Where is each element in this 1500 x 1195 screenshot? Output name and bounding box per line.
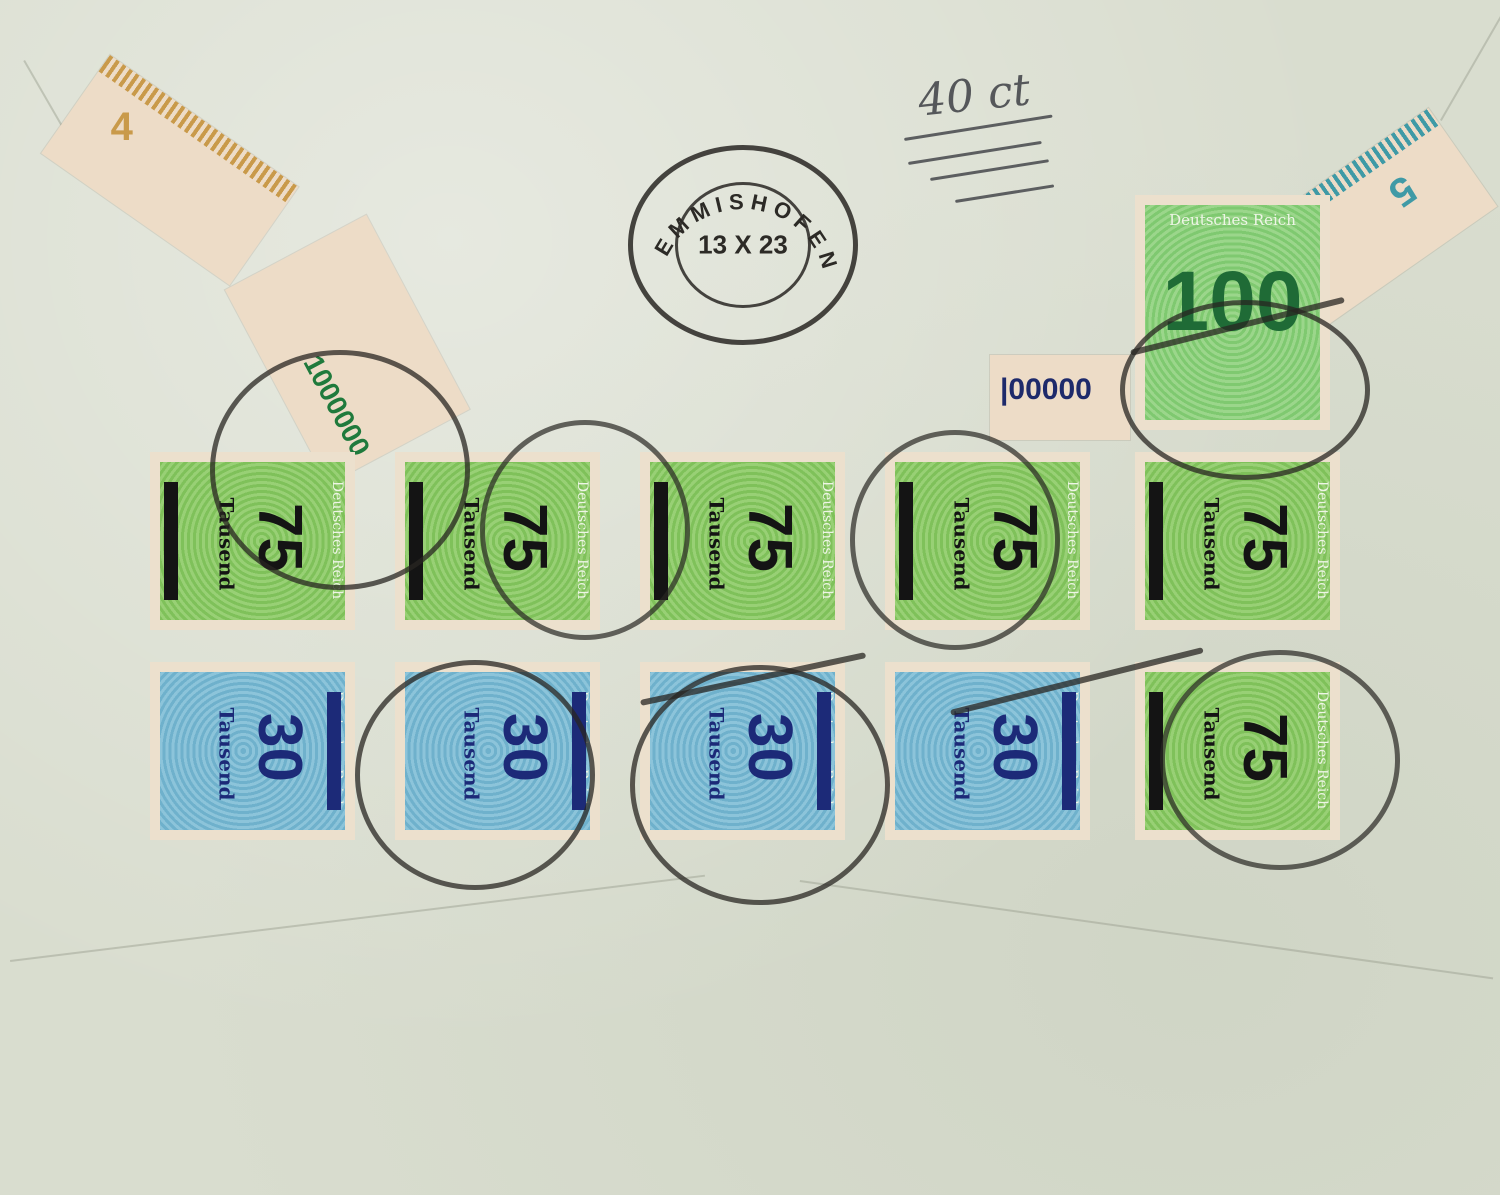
selvage-number: 5 xyxy=(1380,166,1424,216)
overprint-bar xyxy=(1149,482,1163,600)
stamp-face: Deutsches ReichTausend30 xyxy=(160,672,345,830)
postmark-konstanz xyxy=(355,660,595,890)
selvage-number: |00000 xyxy=(1000,373,1092,407)
overprint-bar xyxy=(164,482,178,600)
postmark-town-text: EMMISHOFEN xyxy=(649,189,844,277)
envelope-back: 40 ct 4 1000000 5 |00000 13 X 23 EMMISHO… xyxy=(0,0,1500,1195)
postmark-emmishofen: 13 X 23 EMMISHOFEN xyxy=(628,145,858,345)
overprint-bar xyxy=(327,692,341,810)
flap-fold-top-right xyxy=(1440,16,1500,121)
stamp-country: Deutsches Reich xyxy=(819,481,835,599)
stamp-overprint-word: Tausend xyxy=(1199,498,1223,591)
flap-fold-right xyxy=(800,880,1493,979)
stamp-surcharge: 75 xyxy=(734,503,805,572)
stamp-surcharge: 30 xyxy=(979,713,1050,782)
stamp-surcharge: 75 xyxy=(1229,503,1300,572)
selvage-counter-blue: |00000 xyxy=(990,355,1130,440)
postmark-konstanz xyxy=(480,420,690,640)
pencil-line xyxy=(930,159,1049,181)
stamp-country: Deutsches Reich xyxy=(1314,481,1330,599)
postmark-konstanz xyxy=(1160,650,1400,870)
stamp-30-tausend: Deutsches ReichTausend30 xyxy=(150,662,355,840)
stamp-overprint-word: Tausend xyxy=(214,708,238,801)
stamp-overprint-word: Tausend xyxy=(949,708,973,801)
postmark-konstanz xyxy=(850,430,1060,650)
postmark-town: EMMISHOFEN xyxy=(633,150,853,340)
selvage-number: 4 xyxy=(111,105,133,150)
pencil-line xyxy=(908,141,1042,165)
selvage-plate-number-4: 4 xyxy=(41,55,298,285)
svg-text:EMMISHOFEN: EMMISHOFEN xyxy=(649,189,844,277)
stamp-surcharge: 30 xyxy=(244,713,315,782)
overprint-bar xyxy=(1062,692,1076,810)
pencil-note: 40 ct xyxy=(916,64,1033,126)
postmark-konstanz xyxy=(630,665,890,905)
flap-fold-left xyxy=(10,875,705,962)
postmark-konstanz xyxy=(210,350,470,590)
stamp-country: Deutsches Reich xyxy=(1145,211,1320,229)
stamp-country: Deutsches Reich xyxy=(1064,481,1080,599)
stamp-face: Deutsches ReichTausend30 xyxy=(895,672,1080,830)
pencil-line xyxy=(955,184,1054,203)
stamp-face: Deutsches ReichTausend75 xyxy=(1145,462,1330,620)
stamp-overprint-word: Tausend xyxy=(704,498,728,591)
